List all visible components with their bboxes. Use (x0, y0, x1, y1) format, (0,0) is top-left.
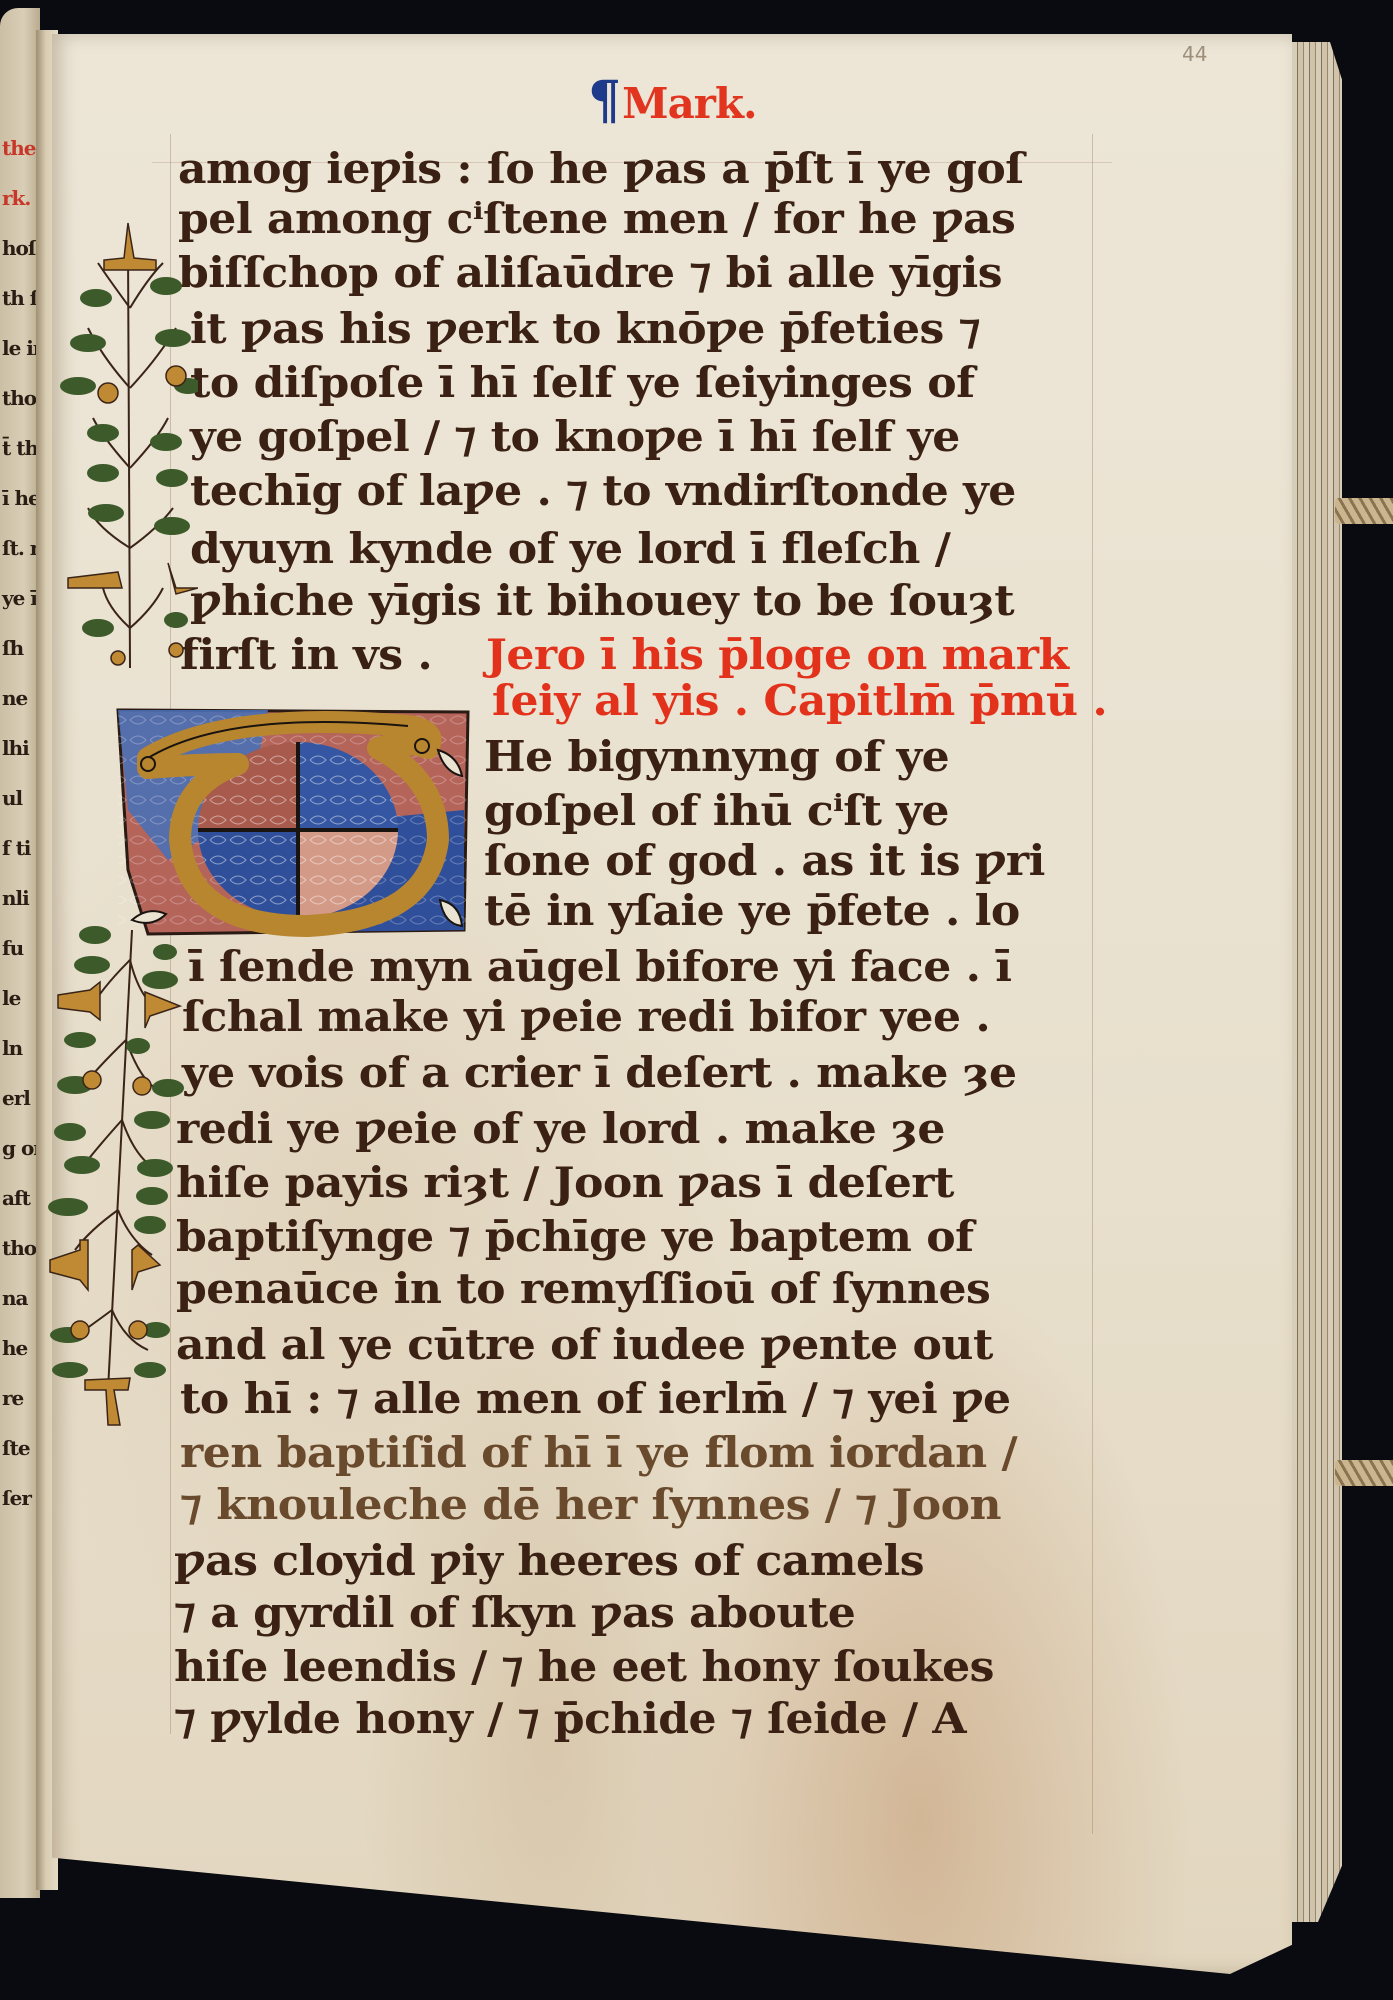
facing-page-text-fragment: na (2, 1288, 28, 1308)
manuscript-photo: therrk.hoſeth ſole inthoodt̄ thuī heſt. … (0, 0, 1393, 2000)
folio-number: 44 (1182, 42, 1207, 66)
facing-page-text-fragment: rk. (2, 188, 30, 208)
facing-page-text-fragment: ne (2, 688, 27, 708)
facing-page-text-fragment: ī he (2, 488, 40, 508)
text-line: ſchal make yi ƿeie redi bifor yee . (182, 996, 990, 1038)
rubric-line: Jero ī his p̄loge on mark (486, 634, 1069, 676)
facing-page-text-fragment: hoſe (2, 238, 40, 258)
text-line: baptiſynge ⁊ p̄chīge ye baptem of (176, 1216, 974, 1258)
running-head: ¶Mark. (588, 70, 757, 131)
facing-page-text-fragment: f ti (2, 838, 30, 858)
text-line: amog ieƿis : ſo he ƿas a p̄ſt ī ye goſ (178, 148, 1024, 190)
text-line: ye goſpel / ⁊ to knoƿe ī hī ſelf ye (190, 416, 960, 458)
facing-page-text-fragment: nli (2, 888, 29, 908)
text-line: ren baptiſid of hī ī ye flom iordan / (180, 1432, 1017, 1474)
text-line: techīg of laƿe . ⁊ to vndirſtonde ye (190, 470, 1016, 512)
facing-page-text-fragment: thood (2, 388, 40, 408)
text-line: dyuyn kynde of ye lord ī fleſch / (190, 528, 950, 570)
text-line: firſt in vs . (180, 634, 432, 676)
text-line: He bigynnyng of ye (484, 736, 949, 778)
facing-page-text-fragment: erl (2, 1088, 30, 1108)
text-line: ⁊ a gyrdil of ſkyn ƿas aboute (174, 1592, 855, 1634)
text-line: redi ye ƿeie of ye lord . make ȝe (176, 1108, 945, 1150)
facing-page-text-fragment: aft (2, 1188, 30, 1208)
pilcrow-mark: ¶ (588, 70, 620, 131)
text-line: ⁊ knouleche dē her ſynnes / ⁊ Joon (180, 1484, 1001, 1526)
facing-page-text-fragment: ln (2, 1038, 22, 1058)
ruling-line-right (1092, 134, 1093, 1834)
text-line: ƿhiche yīgis it bihouey to be ſouȝt (190, 580, 1014, 622)
facing-page-text-fragment: le in (2, 338, 40, 358)
facing-page-text-fragment: tho (2, 1238, 36, 1258)
text-line: ye vois of a crier ī deſert . make ȝe (182, 1052, 1016, 1094)
facing-page-text-fragment: lhi (2, 738, 29, 758)
marginal-vine-top (48, 208, 198, 678)
facing-page-text-fragment: ſh (2, 638, 23, 658)
text-line: ⁊ ƿylde hony / ⁊ p̄chide ⁊ ſeide / A (174, 1698, 966, 1740)
text-line: ſone of god . as it is ƿri (484, 840, 1045, 882)
text-line: to diſpoſe ī hī ſelf ye ſeiyinges of (190, 362, 975, 404)
text-line: penaūce in to remyſſioū of ſynnes (176, 1268, 990, 1310)
text-line: pel among cⁱſtene men / for he ƿas (178, 198, 1015, 240)
facing-page-text-fragment: g on (2, 1138, 40, 1158)
clasp-strap-top (1335, 498, 1393, 524)
facing-page-text-fragment: ther (2, 138, 40, 158)
illuminated-initial-t (108, 690, 474, 940)
facing-page-text-fragment: ſt. ni (2, 538, 40, 558)
text-line: it ƿas his ƿerk to knōƿe p̄feties ⁊ (190, 308, 980, 350)
text-line: ī ſende myn aūgel bifore yi face . ī (188, 946, 1012, 988)
facing-page-text-fragment: le (2, 988, 20, 1008)
facing-page: therrk.hoſeth ſole inthoodt̄ thuī heſt. … (0, 8, 40, 1898)
facing-page-text-fragment: t̄ thu (2, 438, 40, 458)
marginal-vine-bottom (40, 920, 190, 1440)
text-line: goſpel of ihū cⁱſt ye (484, 790, 949, 832)
facing-page-text-fragment: fu (2, 938, 23, 958)
facing-page-text-fragment: ſte (2, 1438, 30, 1458)
running-head-text: Mark. (622, 79, 757, 128)
text-line: ƿas cloyid ƿiy heeres of camels (174, 1540, 924, 1582)
text-line: hiſe leendis / ⁊ he eet hony ſoukes (174, 1646, 994, 1688)
text-line: biſſchop of aliſaūdre ⁊ bi alle yīgis (178, 252, 1002, 294)
text-line: hiſe payis riȝt / Joon ƿas ī deſert (176, 1162, 954, 1204)
facing-page-text-fragment: ſer (2, 1488, 31, 1508)
rubric-line: ſeiy al yis . Capitlm̄ p̄mū . (492, 680, 1107, 722)
text-line: to hī : ⁊ alle men of ierlm̄ / ⁊ yei ƿe (180, 1378, 1011, 1420)
text-line: and al ye cūtre of iudee ƿente out (176, 1324, 993, 1366)
facing-page-text-fragment: ye ī (2, 588, 37, 608)
text-line: tē in yſaie ye p̄fete . lo (484, 890, 1020, 932)
facing-page-text-fragment: re (2, 1388, 23, 1408)
facing-page-text-fragment: he (2, 1338, 27, 1358)
clasp-strap-bottom (1335, 1460, 1393, 1486)
facing-page-text-fragment: th ſo (2, 288, 40, 308)
facing-page-text-fragment: ul (2, 788, 22, 808)
